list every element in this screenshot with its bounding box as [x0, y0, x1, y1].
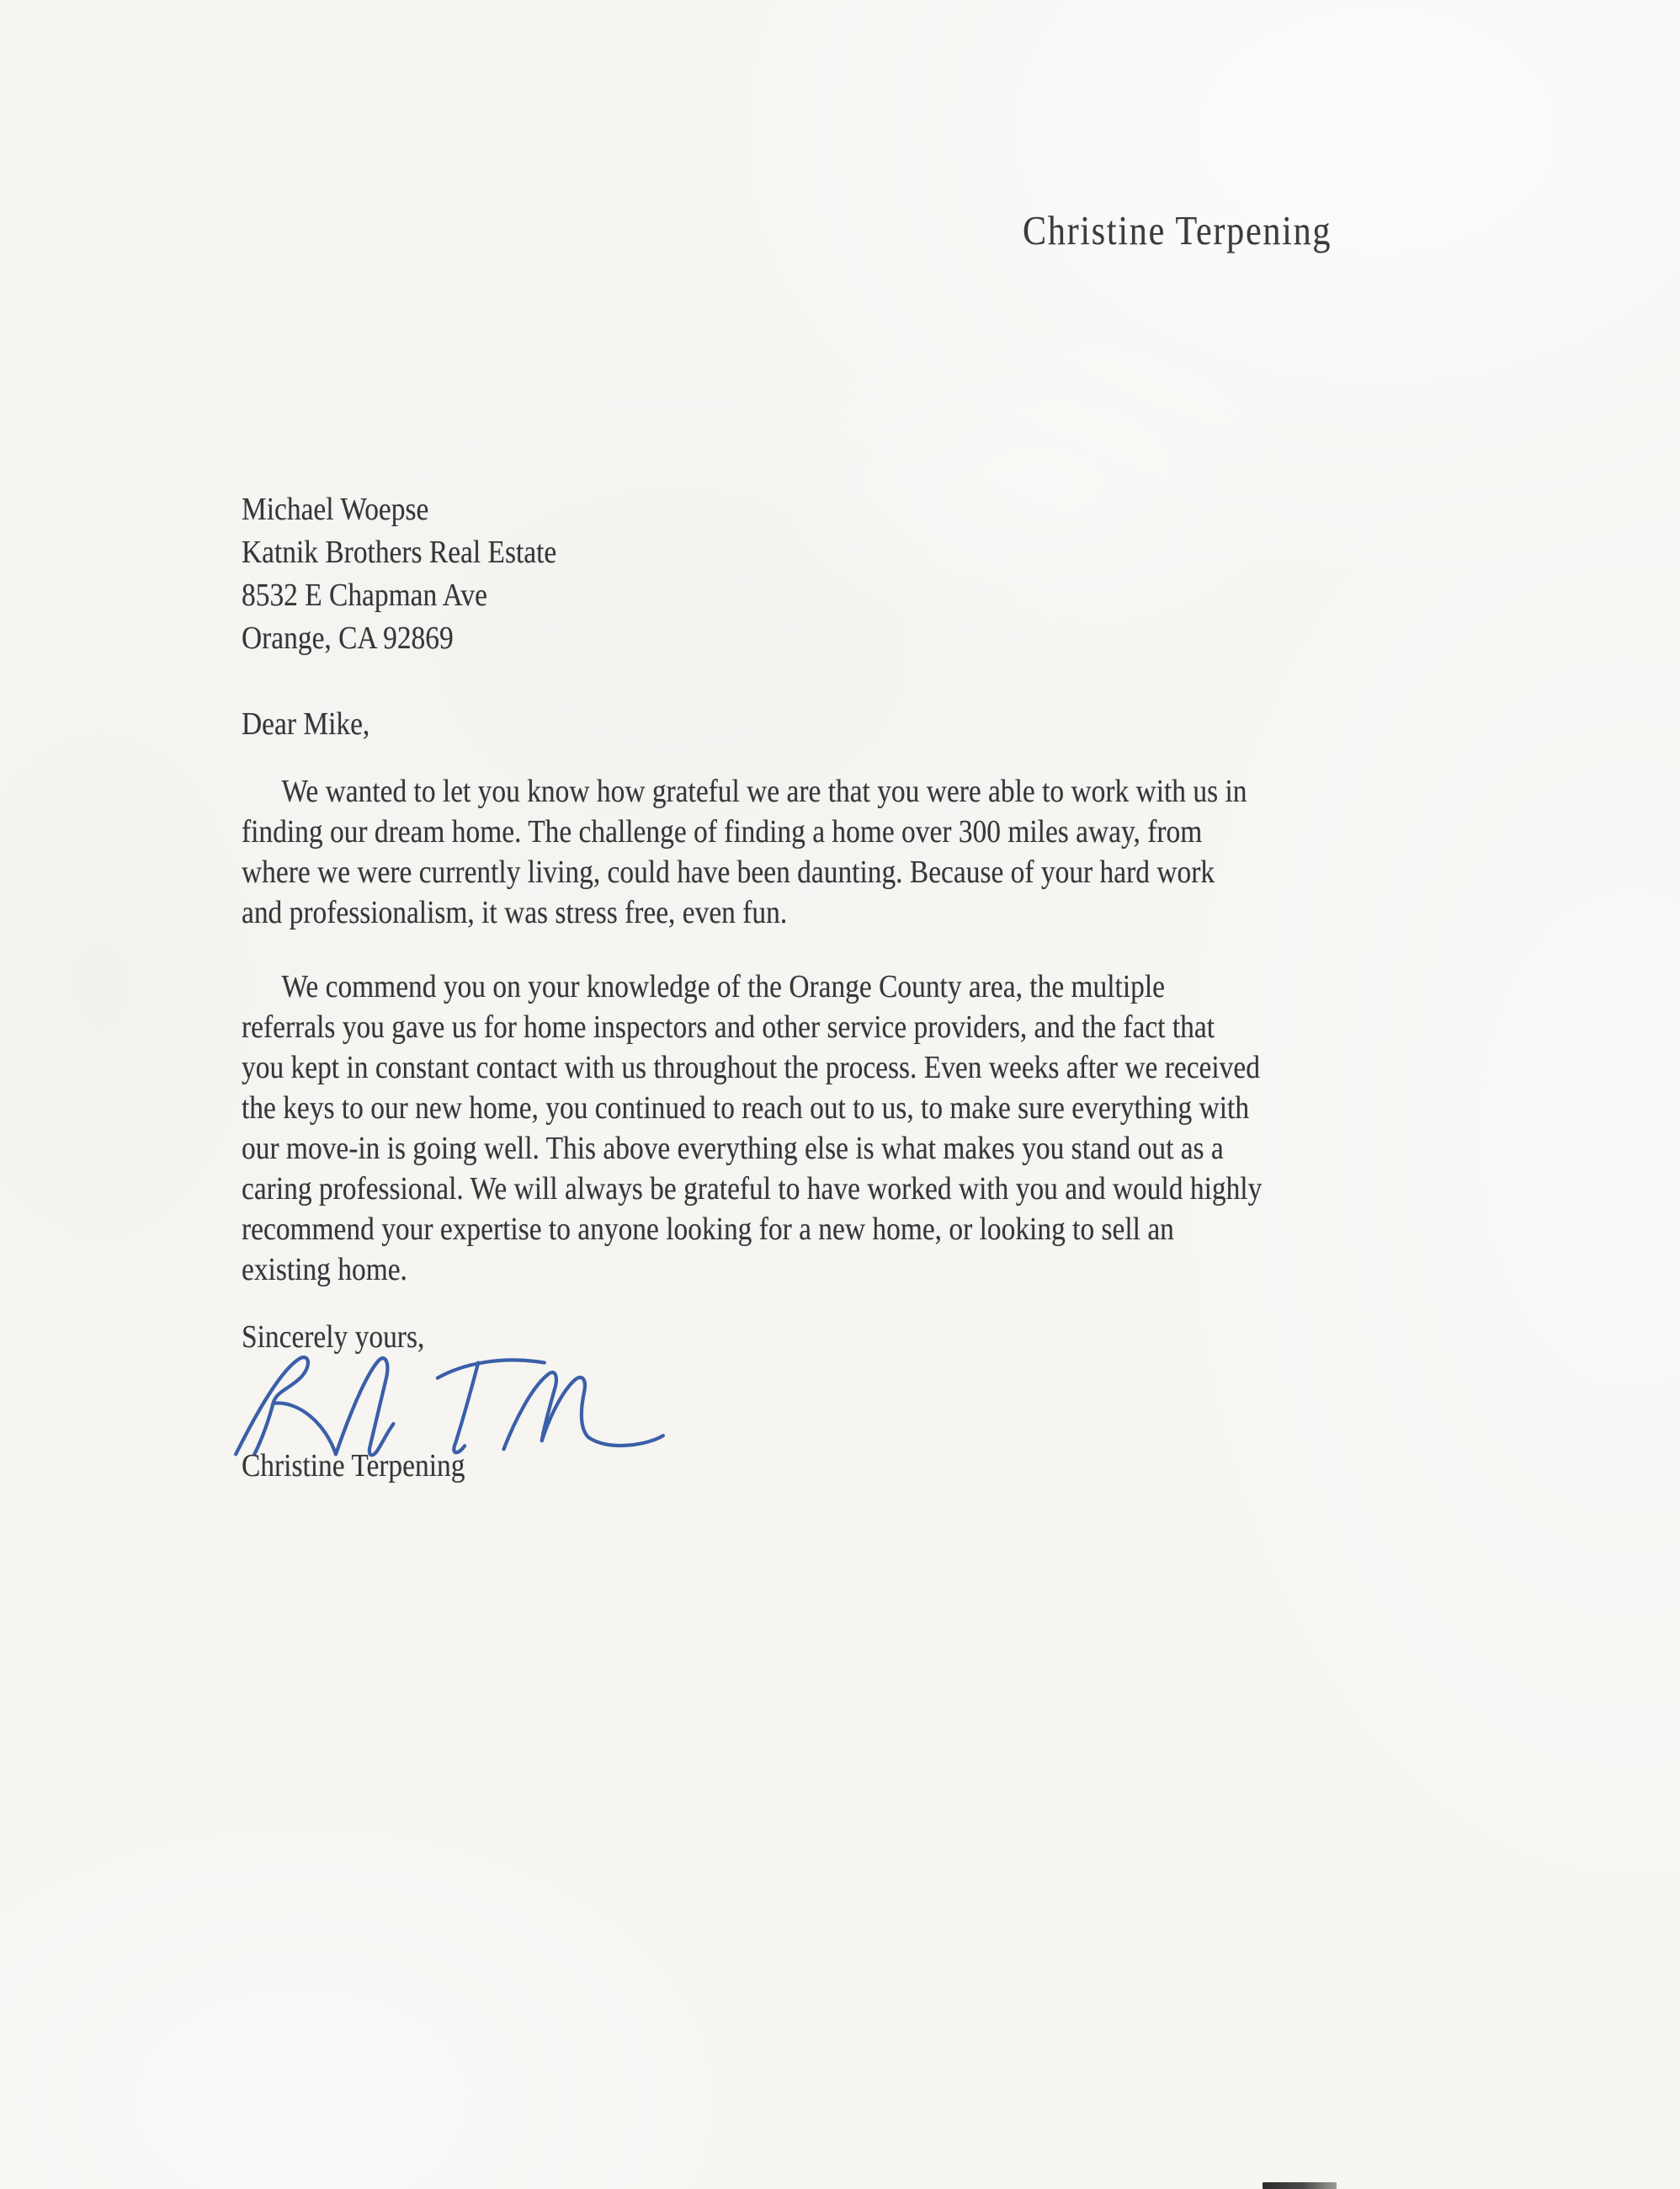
- body-paragraph-2: We commend you on your knowledge of the …: [242, 967, 1575, 1290]
- body-paragraph-1: We wanted to let you know how grateful w…: [242, 771, 1575, 933]
- letter-page: Christine Terpening Michael Woepse Katni…: [0, 0, 1680, 2189]
- signature-ink: [236, 1357, 663, 1455]
- recipient-address: Michael Woepse Katnik Brothers Real Esta…: [242, 488, 556, 660]
- salutation: Dear Mike,: [242, 704, 369, 744]
- scan-artifact-bar: [1263, 2182, 1337, 2189]
- letterhead-name: Christine Terpening: [1023, 205, 1332, 256]
- typed-signer-name: Christine Terpening: [242, 1446, 465, 1486]
